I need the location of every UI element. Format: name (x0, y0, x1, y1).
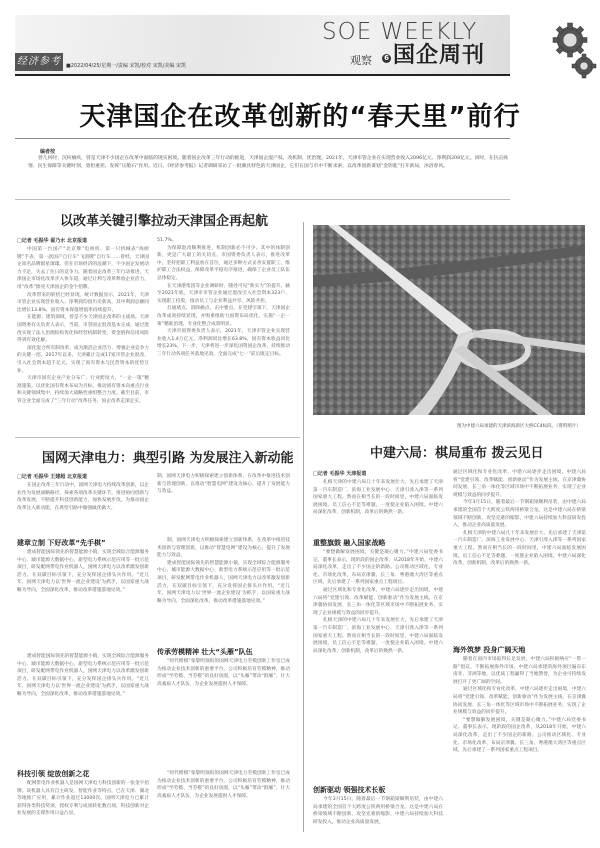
article-photo-bridge (313, 225, 585, 415)
paragraph: “时代楷模”张黎明领衔的国网天津电力劳模创新工作室已成为推动企业技术创新的重要平… (157, 770, 290, 800)
paragraph: 为保障混改顺利推进，机制创新必不可少。其中的体制创新，更是广大职工的关切点。市国… (157, 245, 290, 283)
article-3-column-1-intro: 扎根天津的中建六局几十年来发展壮大，先后承建了天津第一汽车制造厂、滨海工业发展中… (313, 479, 443, 531)
paragraph: 天津市国资委负责人表示，2021年，天津市管企业实现营业收入1.4万亿元，净利润… (157, 328, 290, 358)
page-headline: 天津国企在改革创新的“春天里”前行 (0, 96, 600, 133)
article-2-byline: □记者 毛振华 王建超 北京报道 (17, 473, 87, 480)
paragraph: 今年3月15日，随着最后一节钢箱梁顺利吊装，由中建六局承建的全国首个大跨度公铁两… (453, 499, 586, 529)
article-3-subsection-3-text: 随着在国内市场取得长足发展，中建六局积极响应“一带一路”倡议，不断拓展海外市场。… (453, 656, 586, 836)
paragraph: 今年3月15日，随着最后一节钢箱梁顺利吊装，由中建六局承建的全国首个大跨度公铁两… (313, 796, 443, 826)
article-2-subsection-2-text: 配网带电作业机器人是国网天津电力科技创新的一张金字招牌。该机器人具有自主研发、智… (17, 780, 149, 830)
article-1-title: 以改革关键引擎拉动天津国企再起航 (60, 210, 268, 229)
paragraph: “要想做解发展困境，关键是凝心聚力。”中建六局党委书记、董事长表示，现阶段的国企… (313, 549, 443, 587)
newspaper-logo: 经济参考报 (15, 53, 63, 71)
article-3-column-2-top: 通过区域化和专业化改革，中建六局逐步走出困境，中建六局将“党建引领、改革赋能、创… (453, 469, 586, 642)
paragraph: 配网带电作业机器人是国网天津电力科技创新的一张金字招牌。该机器人具有自主研发、智… (17, 780, 149, 818)
editor-note-label: 编者按 (40, 148, 55, 155)
article-2-column-1-intro: 在国企改革三年行动中，国网天津电力持续改革创新，以企业作为发展战略路径，探索各项… (17, 482, 149, 530)
photo-caption: 图为中建六局承建的天津滨海新区大桥CC4标段。（资料照片） (457, 423, 581, 429)
editor-note-body: 曾几何时，沉疴痼疾，曾是天津不少国企在改革中面临的现实困境。随着国企改革三年行动… (28, 155, 510, 171)
paragraph: 在国企改革三年行动中，国网天津电力持续改革创新，以企业作为发展战略路径，探索各项… (17, 482, 149, 512)
article-2-subsection-1-text: 建成智能国际领先的智慧能源小镇，实现全域综合能源服务中心、城市能源大数据中心、新… (17, 549, 149, 649)
paragraph: 51.7%。 (157, 237, 290, 245)
article-2-column-2-intro: 制，国网天津电力积极探索建立创新体系，在改革中推进技术创新与管理创新，以推动“智… (157, 473, 290, 533)
article-2-divider (15, 437, 300, 438)
article-3-byline: □记者 毛振华 天津报道 (313, 470, 366, 477)
paragraph: 通过区域化和专业化改革，中建六局逐步走出困境，中建六局将“党建引领、改革赋能、创… (453, 469, 586, 499)
article-3-subhead-1: 重整旗鼓 融入国家战略 (313, 538, 385, 548)
article-2-column-2-end: “时代楷模”张黎明领衔的国网天津电力劳模创新工作室已成为推动企业技术创新的重要平… (157, 770, 290, 830)
paragraph: “时代楷模”张黎明领衔的国网天津电力劳模创新工作室已成为推动企业技术创新的重要平… (157, 658, 290, 688)
paragraph: 中国第一台国产“北京牌”电视机、第一只机械表“海鸥牌”手表、第一款国产自行车“飞… (17, 246, 149, 292)
article-1-column-2: 51.7%。 为保障混改顺利推进，机制创新必不可少。其中的体制创新，更是广大职工… (157, 237, 290, 426)
paragraph: 扎根天津的中建六局几十年来发展壮大，先后承建了天津第一汽车制造厂、滨海工业发展中… (313, 617, 443, 655)
paragraph: 天津市国有企业产业分布广、行业跨度大，“一企一策”精准施策。以优化国有资本布局为… (17, 375, 149, 405)
paragraph: 扎根天津的中建六局几十年来发展壮大，先后承建了天津第一汽车制造厂、滨海工业发展中… (313, 479, 443, 517)
paragraph: 通过区域化和专业化改革，中建六局逐步走出困境，中建六局将“党建引领、改革赋能、创… (313, 587, 443, 617)
article-3-subhead-2: 创新驱动 领强技术长板 (313, 785, 385, 795)
article-3-title: 中建六局：棋局重布 拨云见日 (370, 442, 544, 461)
article-3-subsection-2-text: 今年3月15日，随着最后一节钢箱梁顺利吊装，由中建六局承建的全国首个大跨度公铁两… (313, 796, 443, 836)
headline-divider (15, 138, 510, 139)
paragraph: 深化混合所有制改革，成为激活企业活力、增强企业竞争力的关键一招。2017年以来，… (17, 345, 149, 375)
masthead-rule (15, 74, 510, 76)
weekly-chinese-title: 国企周刊 (393, 43, 485, 69)
paragraph: 在能源、建筑领域，曾是不少天津国企改革的主战场。天津国资委有关负责人表示，当前，… (17, 314, 149, 344)
paragraph: 建成智能国际领先的智慧能源小镇，实现全域综合能源服务中心、城市能源大数据中心、新… (157, 560, 290, 606)
issue-info: ■2022/04/25/星期一/责编 宋凯/校对 宋凯/美编 宋凯 (66, 62, 186, 69)
paragraph: 建成智能国际领先的智慧能源小镇，实现全域综合能源服务中心、城市能源大数据中心、新… (17, 653, 149, 699)
article-1-column-1: 中国第一台国产“北京牌”电视机、第一只机械表“海鸥牌”手表、第一款国产自行车“飞… (17, 246, 149, 426)
article-2-column-2-body: 制，国网天津电力积极探索建立创新体系，在改革中推进技术创新与管理创新，以推动“智… (157, 537, 290, 642)
paragraph: 改革带来的转机已经显现。统计数据显示，2021年，天津市管企业实现营业收入、净利… (17, 292, 149, 315)
paragraph: 制，国网天津电力积极探索建立创新体系，在改革中推进技术创新与管理创新，以推动“智… (157, 537, 290, 560)
paragraph: 建成智能国际领先的智慧能源小镇，实现全域综合能源服务中心、城市能源大数据中心、新… (17, 549, 149, 595)
editor-note-divider (15, 199, 510, 200)
paragraph: 随着在国内市场取得长足发展，中建六局积极响应“一带一路”倡议，不断拓展海外市场。… (453, 656, 586, 686)
article-2-subhead-1: 建章立制 下好改革“先手棋” (17, 538, 106, 548)
article-3-subsection-1-text: “要想做解发展困境，关键是凝心聚力。”中建六局党委书记、董事长表示，现阶段的国企… (313, 549, 443, 774)
page-number: 6 (382, 54, 391, 63)
column-divider (303, 222, 304, 832)
article-2-subhead-2: 科技引领 绽放创新之花 (17, 769, 89, 779)
article-2-title: 国网天津电力：典型引路 为发展注入新动能 (42, 447, 294, 466)
gear-icon (540, 20, 600, 80)
paragraph: 通过区域化和专业化改革，中建六局逐步走出困境，中建六局将“党建引领、改革赋能、创… (453, 686, 586, 716)
paragraph: 扎根天津的中建六局几十年来发展壮大，先后承建了天津第一汽车制造厂、滨海工业发展中… (453, 530, 586, 568)
paragraph: 制，国网天津电力积极探索建立创新体系，在改革中推进技术创新与管理创新，以推动“智… (157, 473, 290, 496)
paragraph: 在天津港集团等企业调研时，随处可见“新实力”的提升。截至2021年底，天津市市管… (157, 283, 290, 306)
article-2-subhead-3: 传承劳模精神 壮大“头雁”队伍 (157, 647, 253, 657)
article-1-byline: □记者 毛振华 翟乃水 北京报道 (17, 237, 87, 244)
section-label: 观察 (350, 52, 372, 68)
article-2-column-1-body: 建成智能国际领先的智慧能源小镇，实现全域综合能源服务中心、城市能源大数据中心、新… (17, 653, 149, 763)
paragraph: “要想做解发展困境，关键是凝心聚力。”中建六局党委书记、董事长表示，现阶段的国企… (453, 717, 586, 755)
paragraph: 打通堵点、消除痛点、击中要点。在党建引领下，天津国企改革成效持续显现，并购重组助… (157, 305, 290, 328)
article-2-subsection-3-text: “时代楷模”张黎明领衔的国网天津电力劳模创新工作室已成为推动企业技术创新的重要平… (157, 658, 290, 766)
article-3-subhead-3: 海外筑梦 投身广阔天地 (453, 645, 525, 655)
weekly-english-title: SOE WEEKLY (322, 20, 477, 44)
